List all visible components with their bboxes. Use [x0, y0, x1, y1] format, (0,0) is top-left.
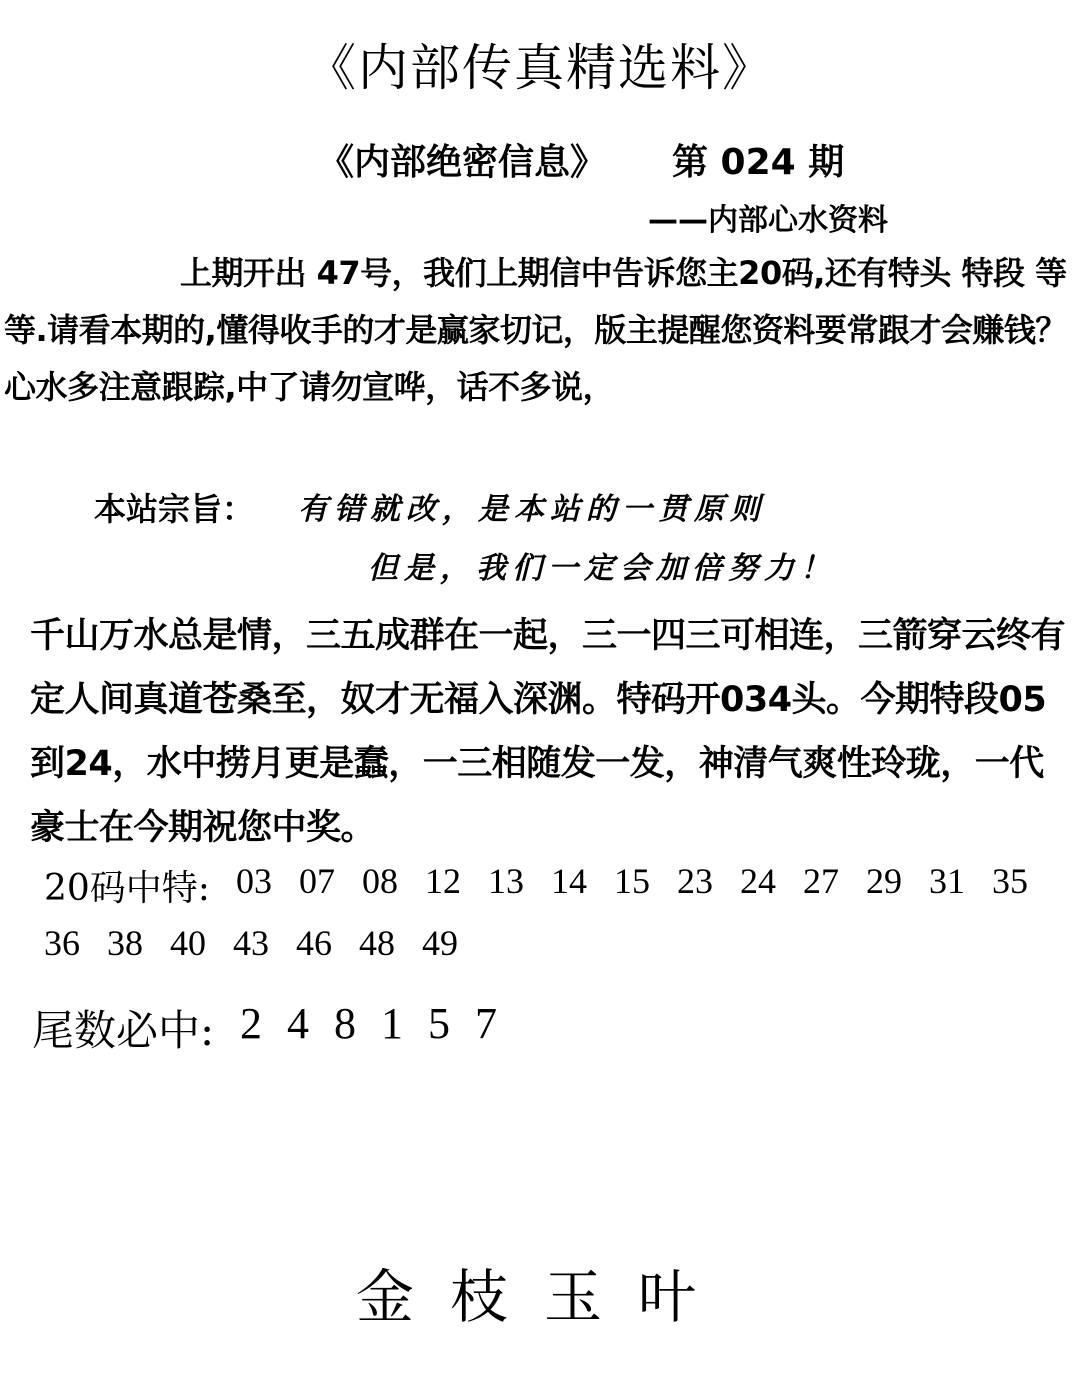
tail-digit: 4: [287, 998, 334, 1049]
tail-digit: 8: [334, 998, 381, 1049]
tail-label: 尾数必中:: [32, 998, 214, 1058]
code-number: 15: [614, 860, 677, 902]
code-number: 48: [359, 922, 422, 964]
tail-digits: 248157: [240, 998, 522, 1049]
code-number: 43: [233, 922, 296, 964]
source-line: ——内部心水资料: [648, 195, 888, 239]
tail-digit: 7: [475, 998, 522, 1049]
code-number: 29: [866, 860, 929, 902]
footer-text: 金枝玉叶: [356, 1250, 732, 1334]
motto-line-1: 有错就改，是本站的一贯原则: [298, 484, 766, 528]
subtitle: 《内部绝密信息》: [318, 134, 606, 185]
codes-label: 20码中特:: [44, 860, 210, 911]
issue-number: 第 024 期: [672, 134, 844, 185]
code-number: 35: [992, 860, 1055, 902]
tail-digit: 2: [240, 998, 287, 1049]
intro-paragraph: 上期开出 47号，我们上期信中告诉您主20码,还有特头 特段 等等.请看本期的,…: [4, 245, 1078, 416]
code-number: 14: [551, 860, 614, 902]
codes-row-1: 03070812131415232427293135: [236, 860, 1055, 902]
code-number: 31: [929, 860, 992, 902]
code-number: 03: [236, 860, 299, 902]
motto-label: 本站宗旨：: [94, 484, 254, 530]
code-number: 07: [299, 860, 362, 902]
code-number: 36: [44, 922, 107, 964]
code-number: 13: [488, 860, 551, 902]
poem-paragraph: 千山万水总是情，三五成群在一起，三一四三可相连，三箭穿云终有定人间真道苍桑至，奴…: [30, 604, 1070, 860]
tail-digit: 5: [428, 998, 475, 1049]
code-number: 24: [740, 860, 803, 902]
code-number: 40: [170, 922, 233, 964]
code-number: 46: [296, 922, 359, 964]
code-number: 38: [107, 922, 170, 964]
motto-line-2: 但是，我们一定会加倍努力！: [368, 543, 836, 587]
tail-digit: 1: [381, 998, 428, 1049]
codes-row-2: 36384043464849: [44, 922, 485, 964]
code-number: 27: [803, 860, 866, 902]
code-number: 08: [362, 860, 425, 902]
code-number: 49: [422, 922, 485, 964]
code-number: 23: [677, 860, 740, 902]
code-number: 12: [425, 860, 488, 902]
page-title: 《内部传真精选料》: [0, 28, 1080, 100]
